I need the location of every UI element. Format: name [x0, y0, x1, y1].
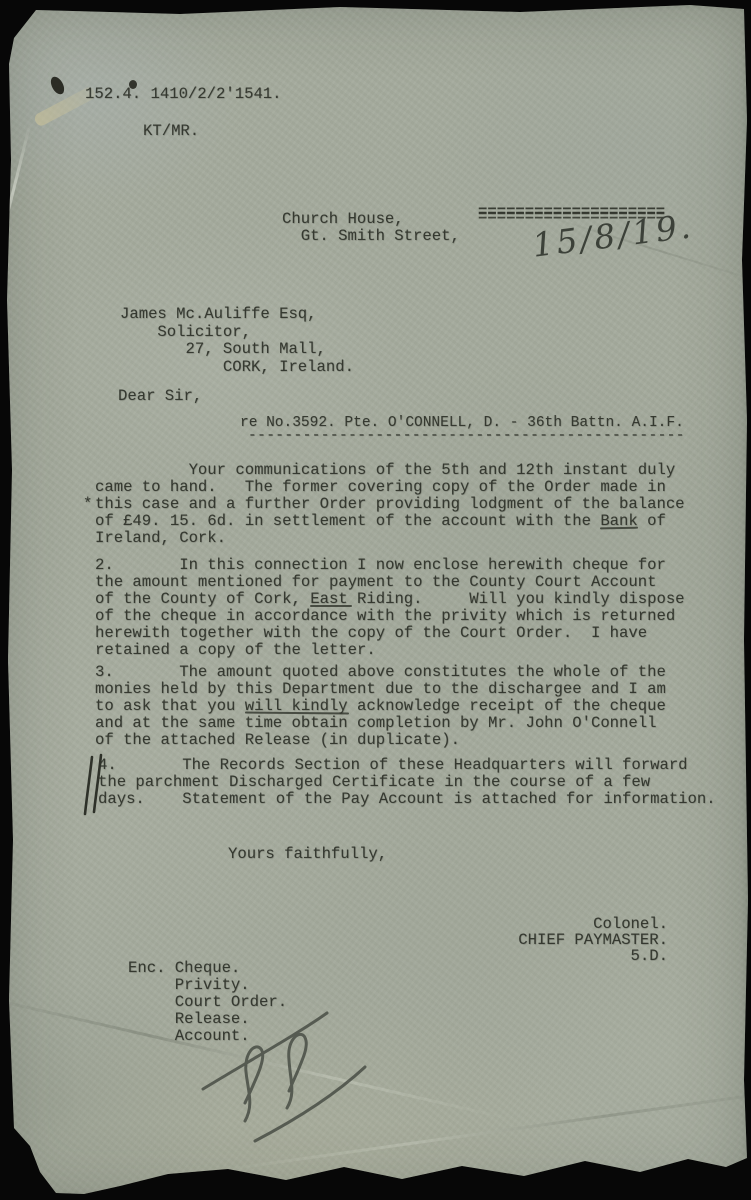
edge-mark: [0, 941, 12, 959]
ink-speck: [48, 75, 67, 97]
signature-block: Colonel. CHIEF PAYMASTER. 5.D.: [440, 916, 668, 964]
paragraph-2: 2. In this connection I now enclose here…: [95, 557, 685, 659]
recipient-address: James Mc.Auliffe Esq, Solicitor, 27, Sou…: [120, 306, 354, 376]
sender-address: Church House, Gt. Smith Street,: [282, 211, 460, 245]
letter-page: 152.4. 1410/2/2'1541. KT/MR. Church Hous…: [0, 0, 751, 1200]
paragraph-4: 4. The Records Section of these Headquar…: [98, 757, 716, 808]
typist-initials: KT/MR.: [143, 123, 199, 140]
salutation: Dear Sir,: [118, 388, 202, 405]
underline-mark-east: [310, 605, 352, 607]
margin-asterisk: *: [83, 496, 92, 513]
closing: Yours faithfully,: [228, 846, 387, 863]
margin-emphasis-mark: [78, 750, 108, 820]
reference-number: 152.4. 1410/2/2'1541.: [85, 86, 282, 103]
paragraph-3: 3. The amount quoted above constitutes t…: [95, 664, 666, 749]
handwritten-scribble: [175, 1005, 415, 1165]
subject-underline: ----------------------------------------…: [248, 428, 685, 445]
paragraph-1: Your communications of the 5th and 12th …: [95, 462, 685, 547]
paper-scratch: [0, 122, 32, 259]
